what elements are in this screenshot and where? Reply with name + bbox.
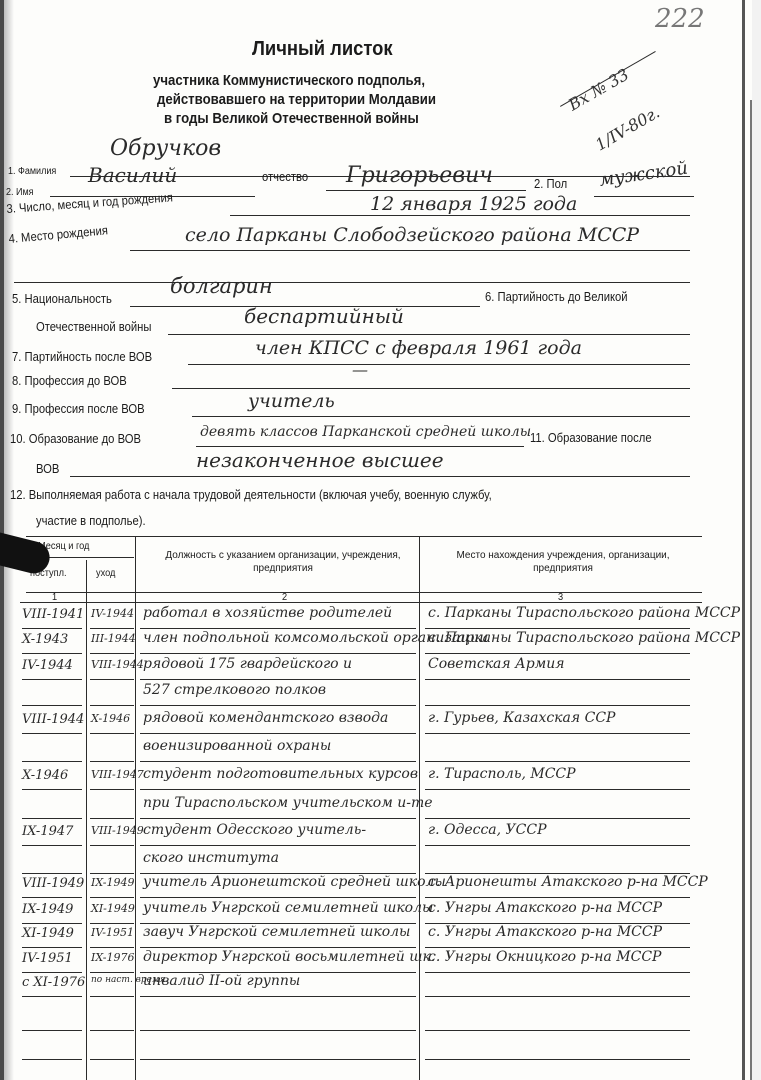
document-page: 222 Вх № 33 1/IV-80г. Личный листок учас… xyxy=(0,0,761,1080)
birth-place-line xyxy=(130,250,690,251)
row-line-location xyxy=(425,996,690,997)
row-start: XI-1949 xyxy=(22,926,74,941)
row-line-end xyxy=(90,947,134,948)
row-location: с. Унгры Окницкого р-на МССР xyxy=(428,949,661,965)
row-line-end xyxy=(90,897,134,898)
row-position: 527 стрелкового полков xyxy=(143,682,326,698)
party-before-value: беспартийный xyxy=(244,304,404,328)
row-line-location xyxy=(425,947,690,948)
row-line-start xyxy=(22,679,82,680)
row-line-end xyxy=(90,679,134,680)
education-before-line xyxy=(196,446,524,447)
subtitle-line-3: в годы Великой Отечественной войны xyxy=(164,110,419,127)
patronymic-label: отчество xyxy=(262,170,308,184)
party-after-value: член КПСС с февраля 1961 года xyxy=(255,337,582,359)
row-start: IX-1947 xyxy=(22,824,73,839)
archive-stamp-line1: Вх № 33 xyxy=(565,65,632,115)
row-location: с. Арионешты Атакского р-на МССР xyxy=(428,874,708,890)
birth-date-line xyxy=(230,215,690,216)
work-history-label-2: участие в подполье). xyxy=(36,514,146,528)
page-margin-right xyxy=(752,0,761,1080)
row-line-end xyxy=(90,653,134,654)
birth-date-value: 12 января 1925 года xyxy=(370,193,577,215)
row-line-start xyxy=(22,628,82,629)
row-line-position xyxy=(140,1059,416,1060)
col-number-2: 2 xyxy=(282,592,287,603)
row-line-location xyxy=(425,733,690,734)
party-after-label: 7. Партийность после ВОВ xyxy=(12,350,152,364)
row-line-start xyxy=(22,897,82,898)
row-end: VIII-1944 xyxy=(91,658,144,671)
education-after-label-2: ВОВ xyxy=(36,462,59,476)
row-line-position xyxy=(140,947,416,948)
profession-after-value: учитель xyxy=(248,390,335,412)
row-line-location xyxy=(425,761,690,762)
nationality-value: болгарин xyxy=(170,274,273,298)
row-line-location xyxy=(425,679,690,680)
row-line-start xyxy=(22,873,82,874)
row-line-position xyxy=(140,818,416,819)
page-number-mark: 222 xyxy=(655,4,705,34)
table-col-divider-1 xyxy=(135,536,136,1080)
row-line-location xyxy=(425,897,690,898)
table-header-bottom xyxy=(26,592,702,593)
row-position: при Тираспольском учительском и-те xyxy=(143,795,433,811)
row-location: с. Парканы Тираспольского района МССР xyxy=(428,630,740,646)
row-start: X-1946 xyxy=(22,768,68,783)
row-location: с. Унгры Атакского р-на МССР xyxy=(428,900,662,916)
row-line-location xyxy=(425,653,690,654)
row-line-start xyxy=(22,947,82,948)
sex-line xyxy=(594,196,694,197)
row-line-end xyxy=(90,789,134,790)
row-line-location xyxy=(425,1030,690,1031)
row-line-start xyxy=(22,1030,82,1031)
profession-after-line xyxy=(192,416,690,417)
row-end: VIII-1949 xyxy=(91,824,144,837)
row-location: с. Парканы Тираспольского района МССР xyxy=(428,605,740,621)
row-line-end xyxy=(90,873,134,874)
row-line-position xyxy=(140,761,416,762)
table-top-line xyxy=(26,536,702,537)
row-line-position xyxy=(140,733,416,734)
education-before-label: 10. Образование до ВОВ xyxy=(10,432,141,446)
row-line-position xyxy=(140,679,416,680)
row-line-position xyxy=(140,628,416,629)
th-location: Место нахождения учреждения, организации… xyxy=(438,549,688,575)
table-numbers-bottom xyxy=(20,602,702,603)
row-start: VIII-1944 xyxy=(22,712,84,727)
row-line-location xyxy=(425,845,690,846)
row-line-start xyxy=(22,996,82,997)
row-line-start xyxy=(22,653,82,654)
row-line-location xyxy=(425,1059,690,1060)
row-line-end xyxy=(90,761,134,762)
surname-value: Обручков xyxy=(110,136,221,161)
row-line-position xyxy=(140,996,416,997)
row-position: инвалид II-ой группы xyxy=(143,973,300,989)
th-end: уход xyxy=(96,568,115,579)
subtitle-line-2: действовавшего на территории Молдавии xyxy=(157,91,436,108)
sex-label: 2. Пол xyxy=(534,177,567,191)
profession-before-line xyxy=(172,388,690,389)
name-value: Василий xyxy=(88,163,177,187)
sex-value: мужской xyxy=(598,158,689,191)
row-start: VIII-1941 xyxy=(22,607,84,622)
party-after-line xyxy=(188,364,690,365)
row-end: III-1944 xyxy=(91,632,136,645)
th-position: Должность с указанием организации, учреж… xyxy=(163,549,403,575)
row-position: учитель Унгрской семилетней школы xyxy=(143,900,433,916)
row-line-end xyxy=(90,705,134,706)
patronymic-line xyxy=(326,190,526,191)
row-position: военизированной охраны xyxy=(143,738,331,754)
row-end: IX-1949 xyxy=(91,876,135,889)
page-title: Личный листок xyxy=(252,38,393,61)
party-before-label: 6. Партийность до Великой xyxy=(485,290,628,304)
party-before-label-2: Отечественной войны xyxy=(36,320,151,334)
row-line-end xyxy=(90,923,134,924)
row-position: завуч Унгрской семилетней школы xyxy=(143,924,410,940)
row-line-start xyxy=(22,923,82,924)
row-line-end xyxy=(90,845,134,846)
row-start: IV-1951 xyxy=(22,951,73,966)
party-before-line xyxy=(168,334,690,335)
birth-place-label: 4. Место рождения xyxy=(8,223,108,246)
row-location: с. Унгры Атакского р-на МССР xyxy=(428,924,662,940)
row-end: X-1946 xyxy=(91,712,130,725)
row-start: VIII-1949 xyxy=(22,876,84,891)
row-line-start xyxy=(22,1059,82,1060)
row-line-location xyxy=(425,705,690,706)
row-line-start xyxy=(22,789,82,790)
archive-stamp-line2: 1/IV-80г. xyxy=(592,103,663,155)
page-edge-right xyxy=(742,0,745,1080)
patronymic-value: Григорьевич xyxy=(346,163,493,188)
row-end: IX-1976 xyxy=(91,951,135,964)
profession-before-value: — xyxy=(352,360,368,379)
profession-after-label: 9. Профессия после ВОВ xyxy=(12,402,145,416)
profession-before-label: 8. Профессия до ВОВ xyxy=(12,374,127,388)
row-line-location xyxy=(425,818,690,819)
row-line-end xyxy=(90,996,134,997)
row-line-end xyxy=(90,628,134,629)
row-end: IV-1951 xyxy=(91,926,134,939)
education-after-line xyxy=(70,476,690,477)
nationality-label: 5. Национальность xyxy=(12,292,112,306)
row-end: VIII-1947 xyxy=(91,768,144,781)
row-end: IV-1944 xyxy=(91,607,134,620)
row-start: X-1943 xyxy=(22,632,68,647)
row-line-end xyxy=(90,1030,134,1031)
birth-place-value: село Парканы Слободзейского района МССР xyxy=(185,224,639,246)
row-position: ского института xyxy=(143,850,279,866)
row-line-location xyxy=(425,628,690,629)
row-position: учитель Арионештской средней школы xyxy=(143,874,446,890)
col-number-3: 3 xyxy=(558,592,563,603)
row-line-start xyxy=(22,705,82,706)
row-position: директор Унгрской восьмилетней шк. xyxy=(143,949,435,965)
row-position: работал в хозяйстве родителей xyxy=(143,605,392,621)
surname-label: 1. Фамилия xyxy=(8,166,56,177)
row-line-location xyxy=(425,972,690,973)
row-location: Советская Армия xyxy=(428,656,565,672)
row-line-end xyxy=(90,818,134,819)
row-line-position xyxy=(140,1030,416,1031)
row-location: г. Тирасполь, МССР xyxy=(428,766,576,782)
row-start: IX-1949 xyxy=(22,902,73,917)
education-after-value: незаконченное высшее xyxy=(196,448,444,472)
col-number-1: 1 xyxy=(52,592,57,603)
divider-line xyxy=(14,282,690,283)
row-start: IV-1944 xyxy=(22,658,73,673)
row-line-start xyxy=(22,761,82,762)
row-position: рядовой 175 гвардейского и xyxy=(143,656,352,672)
row-end: XI-1949 xyxy=(91,902,135,915)
subtitle-line-1: участника Коммунистического подполья, xyxy=(153,72,425,89)
row-line-position xyxy=(140,897,416,898)
row-start: с XI-1976 xyxy=(22,975,85,990)
row-line-position xyxy=(140,653,416,654)
row-line-start xyxy=(22,845,82,846)
row-line-location xyxy=(425,789,690,790)
name-label: 2. Имя xyxy=(6,187,34,198)
row-line-start xyxy=(22,972,82,973)
row-line-start xyxy=(22,818,82,819)
row-line-end xyxy=(90,972,134,973)
row-location: г. Гурьев, Казахская ССР xyxy=(428,710,615,726)
row-line-end xyxy=(90,1059,134,1060)
work-history-label: 12. Выполняемая работа с начала трудовой… xyxy=(10,488,492,502)
education-before-value: девять классов Парканской средней школы xyxy=(200,424,531,440)
stamp-divider xyxy=(560,51,656,107)
row-position: студент подготовительных курсов xyxy=(143,766,418,782)
row-position: рядовой комендантского взвода xyxy=(143,710,388,726)
education-after-label: 11. Образование после xyxy=(530,431,652,445)
row-position: студент Одесского учитель- xyxy=(143,822,366,838)
row-line-end xyxy=(90,733,134,734)
row-line-position xyxy=(140,845,416,846)
row-line-position xyxy=(140,789,416,790)
row-line-start xyxy=(22,733,82,734)
row-line-position xyxy=(140,705,416,706)
row-location: г. Одесса, УССР xyxy=(428,822,547,838)
table-col-divider-0 xyxy=(86,560,87,1080)
